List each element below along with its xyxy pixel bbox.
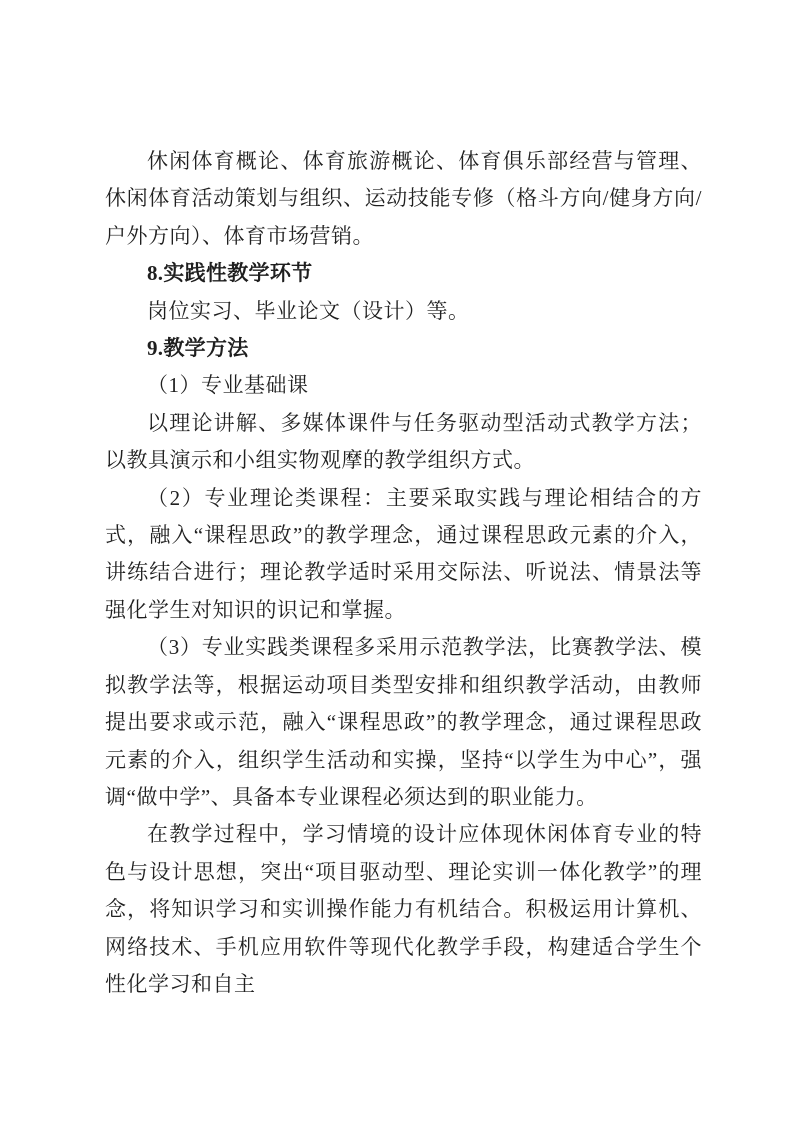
paragraph-item-2-theory-courses: （2）专业理论类课程：主要采取实践与理论相结合的方式，融入“课程思政”的教学理念… [105, 480, 702, 630]
paragraph-internship-thesis: 岗位实习、毕业论文（设计）等。 [105, 293, 702, 330]
heading-teaching-methods: 9.教学方法 [105, 330, 702, 367]
paragraph-item-1-basic-courses: （1）专业基础课 [105, 367, 702, 404]
paragraph-core-courses: 休闲体育概论、体育旅游概论、体育俱乐部经营与管理、休闲体育活动策划与组织、运动技… [105, 143, 702, 255]
paragraph-item-1-description: 以理论讲解、多媒体课件与任务驱动型活动式教学方法；以教具演示和小组实物观摩的教学… [105, 405, 702, 480]
document-page: 休闲体育概论、体育旅游概论、体育俱乐部经营与管理、休闲体育活动策划与组织、运动技… [0, 0, 793, 1122]
paragraph-teaching-process: 在教学过程中，学习情境的设计应体现休闲体育专业的特色与设计思想，突出“项目驱动型… [105, 816, 702, 1003]
heading-practical-teaching: 8.实践性教学环节 [105, 255, 702, 292]
document-body: 休闲体育概论、体育旅游概论、体育俱乐部经营与管理、休闲体育活动策划与组织、运动技… [105, 143, 702, 1003]
paragraph-item-3-practice-courses: （3）专业实践类课程多采用示范教学法，比赛教学法、模拟教学法等，根据运动项目类型… [105, 629, 702, 816]
